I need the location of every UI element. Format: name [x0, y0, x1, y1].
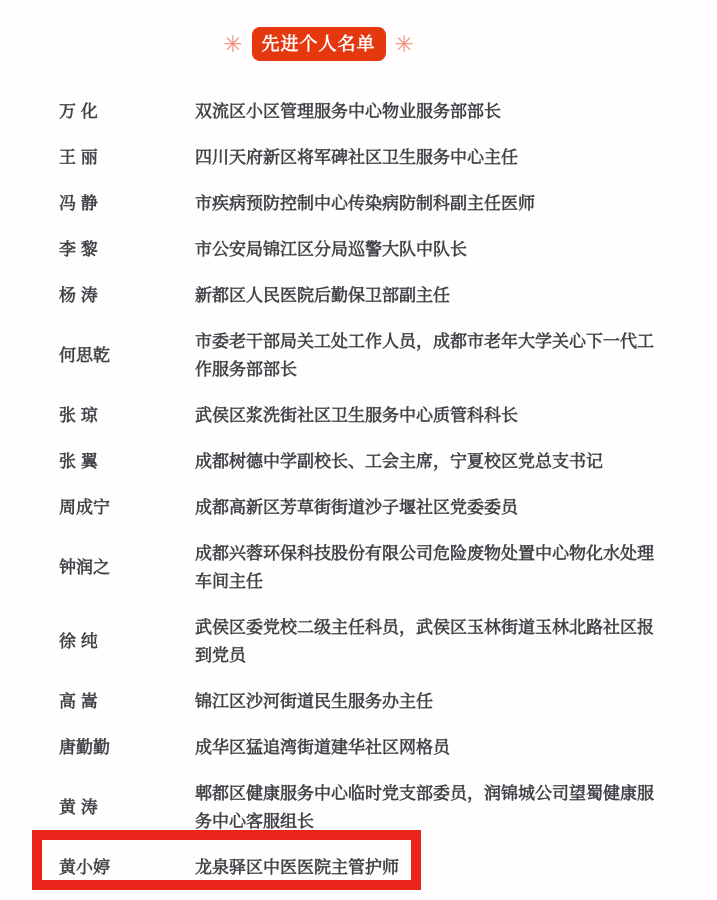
- person-title: 市委老干部局关工处工作人员，成都市老年大学关心下一代工作服务部部长: [195, 328, 657, 384]
- person-title: 龙泉驿区中医医院主管护师: [195, 854, 657, 882]
- person-name: 王 丽: [59, 144, 195, 172]
- table-row: 王 丽 四川天府新区将军碑社区卫生服务中心主任: [0, 144, 717, 172]
- table-row: 张 翼 成都树德中学副校长、工会主席，宁夏校区党总支书记: [0, 448, 717, 476]
- asterisk-icon-right: ✳: [395, 33, 414, 56]
- table-row: 钟润之 成都兴蓉环保科技股份有限公司危险废物处置中心物化水处理车间主任: [0, 540, 717, 596]
- person-title: 市疾病预防控制中心传染病防制科副主任医师: [195, 190, 657, 218]
- person-title: 市公安局锦江区分局巡警大队中队长: [195, 236, 657, 264]
- person-name: 黄小婷: [59, 854, 195, 882]
- table-row: 唐勤勤 成华区猛追湾街道建华社区网格员: [0, 734, 717, 762]
- table-row: 张 琼 武侯区浆洗街社区卫生服务中心质管科科长: [0, 402, 717, 430]
- table-row: 黄 涛 郫都区健康服务中心临时党支部委员，润锦城公司望蜀健康服务中心客服组长: [0, 780, 717, 836]
- table-row: 李 黎 市公安局锦江区分局巡警大队中队长: [0, 236, 717, 264]
- person-name: 周成宁: [59, 494, 195, 522]
- person-name: 李 黎: [59, 236, 195, 264]
- person-title: 成都兴蓉环保科技股份有限公司危险废物处置中心物化水处理车间主任: [195, 540, 657, 596]
- person-title: 武侯区浆洗街社区卫生服务中心质管科科长: [195, 402, 657, 430]
- table-row: 冯 静 市疾病预防控制中心传染病防制科副主任医师: [0, 190, 717, 218]
- person-name: 高 嵩: [59, 688, 195, 716]
- person-name: 杨 涛: [59, 282, 195, 310]
- person-name: 钟润之: [59, 554, 195, 582]
- page: ✳ 先进个人名单 ✳ 万 化 双流区小区管理服务中心物业服务部部长 王 丽 四川…: [0, 0, 717, 900]
- person-name: 何思乾: [59, 342, 195, 370]
- person-title: 郫都区健康服务中心临时党支部委员，润锦城公司望蜀健康服务中心客服组长: [195, 780, 657, 836]
- table-row: 何思乾 市委老干部局关工处工作人员，成都市老年大学关心下一代工作服务部部长: [0, 328, 717, 384]
- person-title: 武侯区委党校二级主任科员，武侯区玉林街道玉林北路社区报到党员: [195, 614, 657, 670]
- person-title: 成华区猛追湾街道建华社区网格员: [195, 734, 657, 762]
- people-list: 万 化 双流区小区管理服务中心物业服务部部长 王 丽 四川天府新区将军碑社区卫生…: [0, 98, 717, 882]
- person-title: 成都树德中学副校长、工会主席，宁夏校区党总支书记: [195, 448, 657, 476]
- person-title: 成都高新区芳草街街道沙子堰社区党委委员: [195, 494, 657, 522]
- table-row: 周成宁 成都高新区芳草街街道沙子堰社区党委委员: [0, 494, 717, 522]
- table-row: 黄小婷 龙泉驿区中医医院主管护师: [0, 854, 717, 882]
- asterisk-icon-left: ✳: [223, 33, 242, 56]
- section-title-badge: 先进个人名单: [252, 27, 386, 61]
- person-name: 唐勤勤: [59, 734, 195, 762]
- person-name: 张 琼: [59, 402, 195, 430]
- table-row: 徐 纯 武侯区委党校二级主任科员，武侯区玉林街道玉林北路社区报到党员: [0, 614, 717, 670]
- person-title: 双流区小区管理服务中心物业服务部部长: [195, 98, 657, 126]
- person-name: 徐 纯: [59, 628, 195, 656]
- person-title: 新都区人民医院后勤保卫部副主任: [195, 282, 657, 310]
- person-name: 张 翼: [59, 448, 195, 476]
- section-header: ✳ 先进个人名单 ✳: [223, 27, 414, 61]
- person-name: 黄 涛: [59, 794, 195, 822]
- person-name: 万 化: [59, 98, 195, 126]
- table-row: 万 化 双流区小区管理服务中心物业服务部部长: [0, 98, 717, 126]
- table-row: 高 嵩 锦江区沙河街道民生服务办主任: [0, 688, 717, 716]
- person-name: 冯 静: [59, 190, 195, 218]
- person-title: 四川天府新区将军碑社区卫生服务中心主任: [195, 144, 657, 172]
- table-row: 杨 涛 新都区人民医院后勤保卫部副主任: [0, 282, 717, 310]
- person-title: 锦江区沙河街道民生服务办主任: [195, 688, 657, 716]
